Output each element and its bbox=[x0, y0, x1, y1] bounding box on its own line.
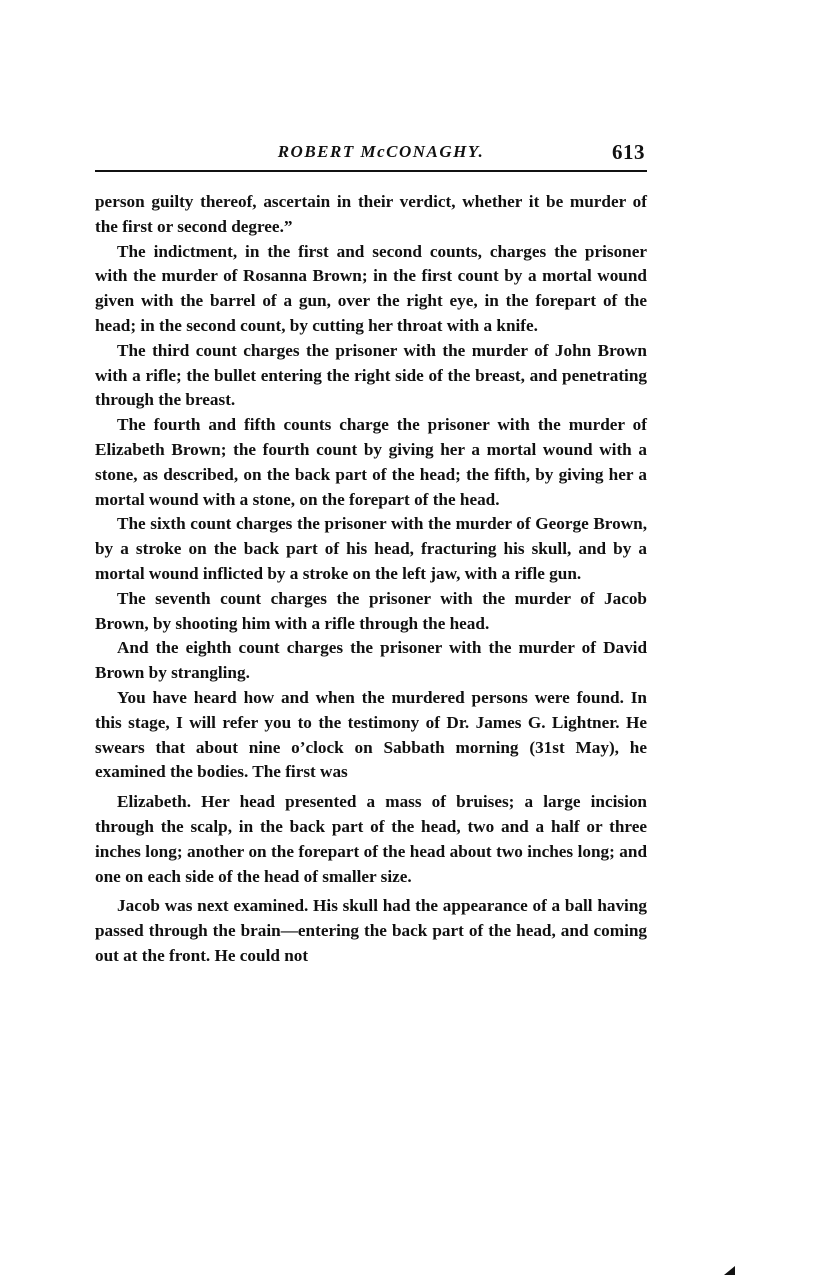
running-head: ROBERT McCONAGHY. 613 bbox=[95, 138, 647, 170]
paragraph-seventh-count: The seventh count charges the prisoner w… bbox=[95, 587, 647, 637]
page-number: 613 bbox=[612, 140, 645, 165]
header-rule-divider bbox=[95, 170, 647, 172]
body-text: person guilty thereof, ascertain in thei… bbox=[95, 190, 647, 969]
book-page: ROBERT McCONAGHY. 613 person guilty ther… bbox=[95, 138, 647, 969]
paragraph-sixth-count: The sixth count charges the prisoner wit… bbox=[95, 512, 647, 586]
paragraph-elizabeth: Elizabeth. Her head presented a mass of … bbox=[95, 790, 647, 889]
paragraph-verdict-continuation: person guilty thereof, ascertain in thei… bbox=[95, 190, 647, 240]
paragraph-first-second-counts: The indictment, in the first and second … bbox=[95, 240, 647, 339]
paragraph-jacob: Jacob was next examined. His skull had t… bbox=[95, 894, 647, 968]
scan-corner-mark-icon bbox=[724, 1266, 735, 1275]
paragraph-fourth-fifth-counts: The fourth and fifth counts charge the p… bbox=[95, 413, 647, 512]
paragraph-testimony-intro: You have heard how and when the murdered… bbox=[95, 686, 647, 785]
paragraph-eighth-count: And the eighth count charges the prisone… bbox=[95, 636, 647, 686]
running-title: ROBERT McCONAGHY. bbox=[95, 142, 647, 162]
paragraph-third-count: The third count charges the prisoner wit… bbox=[95, 339, 647, 413]
